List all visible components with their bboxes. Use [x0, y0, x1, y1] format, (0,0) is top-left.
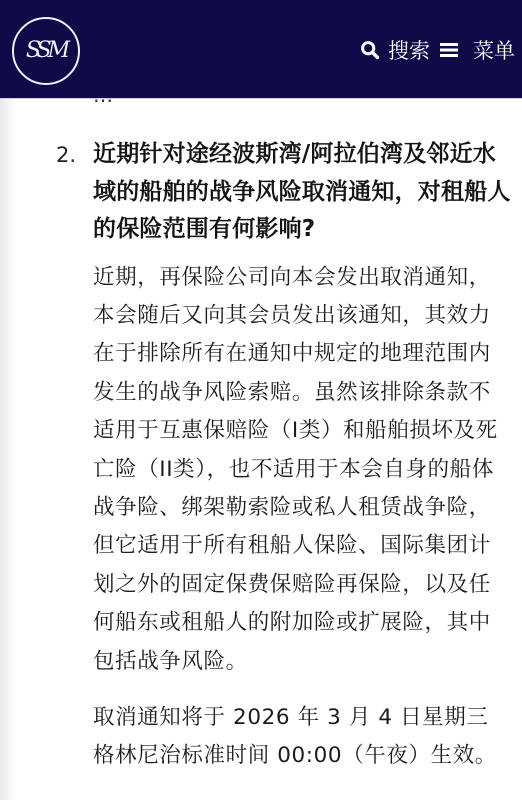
search-button[interactable]: 搜索 [360, 35, 430, 65]
hamburger-menu-icon [439, 40, 459, 60]
faq-number: 2. [56, 136, 76, 174]
logo[interactable]: SSM [12, 17, 80, 85]
search-icon [360, 40, 380, 60]
faq-list: 2. 近期针对途经波斯湾/阿拉伯湾及邻近水域的船舶的战争风险取消通知，对租船人的… [0, 136, 522, 776]
logo-monogram: SSM [26, 40, 66, 62]
menu-button[interactable]: 菜单 [439, 35, 515, 65]
faq-answer: 近期，再保险公司向本会发出取消通知，本会随后又向其会员发出该通知，其效力在于排除… [93, 259, 509, 776]
answer-paragraph: 取消通知将于 2026 年 3 月 4 日星期三格林尼治标准时间 00:00（午… [93, 699, 509, 776]
header-nav: 搜索 菜单 [360, 32, 515, 68]
site-header: SSM 搜索 [0, 0, 522, 99]
faq-item: 2. 近期针对途经波斯湾/阿拉伯湾及邻近水域的船舶的战争风险取消通知，对租船人的… [0, 136, 522, 776]
menu-label: 菜单 [473, 35, 515, 65]
logo-text: SSM [26, 38, 66, 63]
answer-paragraph: 近期，再保险公司向本会发出取消通知，本会随后又向其会员发出该通知，其效力在于排除… [93, 259, 509, 681]
search-label: 搜索 [388, 35, 430, 65]
faq-question: 近期针对途经波斯湾/阿拉伯湾及邻近水域的船舶的战争风险取消通知，对租船人的保险范… [93, 136, 513, 249]
page: SSM 搜索 [0, 0, 522, 800]
